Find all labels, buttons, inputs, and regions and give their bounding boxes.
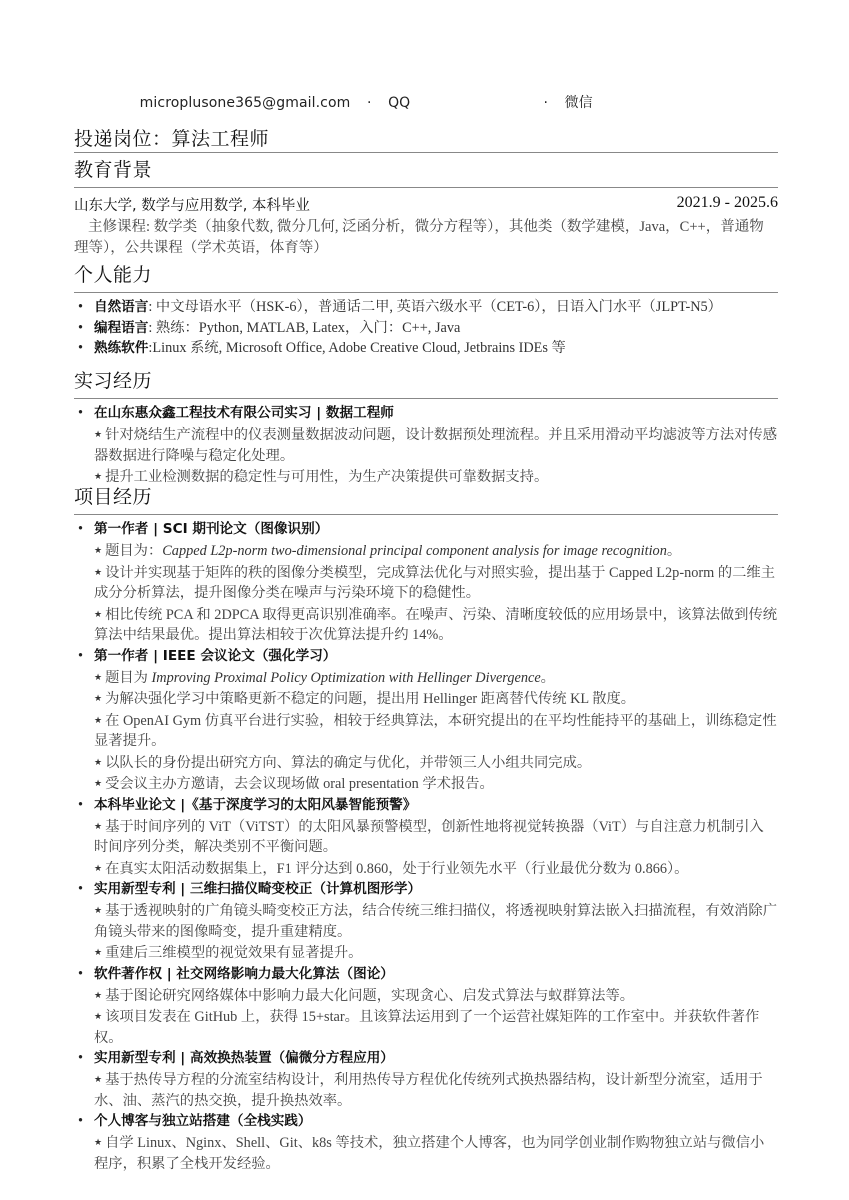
detail-text: 为解决强化学习中策略更新不稳定的问题，提出用 Hellinger 距离替代传统 … (105, 691, 635, 707)
entry-head: 实用新型专利 | 高效换热装置（偏微分方程应用） (94, 1048, 778, 1069)
project-item: 个人博客与独立站搭建（全栈实践） ★自学 Linux、Nginx、Shell、G… (74, 1111, 778, 1174)
detail-text: 该项目发表在 GitHub 上，获得 15+star。且该算法运用到了一个运营社… (94, 1009, 759, 1046)
star-icon: ★ (94, 1074, 102, 1084)
detail-text: 重建后三维模型的视觉效果有显著提升。 (105, 945, 362, 961)
project-item: 实用新型专利 | 三维扫描仪畸变校正（计算机图形学） ★基于透视映射的广角镜头畸… (74, 879, 778, 964)
detail-line: ★题目为：Capped L2p-norm two-dimensional pri… (94, 540, 778, 562)
skill-sep: : (148, 320, 156, 336)
skill-text: 中文母语水平（HSK-6），普通话二甲, 英语六级水平（CET-6），日语入门水… (156, 299, 722, 315)
internship-section: 实习经历 在山东惠众鑫工程技术有限公司实习 | 数据工程师 ★针对烧结生产流程中… (74, 368, 778, 488)
skill-text: 熟练：Python, MATLAB, Latex，入门：C++, Java (156, 320, 460, 336)
star-icon: ★ (94, 429, 102, 439)
star-icon: ★ (94, 545, 102, 555)
detail-line: ★以队长的身份提出研究方向、算法的确定与优化，并带领三人小组共同完成。 (94, 752, 778, 774)
detail-line: ★基于透视映射的广角镜头畸变校正方法，结合传统三维扫描仪，将透视映射算法嵌入扫描… (94, 900, 778, 942)
contact-line: microplusone365@gmail.com · QQ · 微信 (0, 92, 849, 112)
detail-text: 基于透视映射的广角镜头畸变校正方法，结合传统三维扫描仪，将透视映射算法嵌入扫描流… (94, 903, 777, 940)
star-icon: ★ (94, 905, 102, 915)
project-item: 实用新型专利 | 高效换热装置（偏微分方程应用） ★基于热传导方程的分流室结构设… (74, 1048, 778, 1111)
project-item: 第一作者 | IEEE 会议论文（强化学习） ★题目为 Improving Pr… (74, 646, 778, 795)
entry-head: 软件著作权 | 社交网络影响力最大化算法（图论） (94, 964, 778, 985)
detail-line: ★题目为 Improving Proximal Policy Optimizat… (94, 667, 778, 689)
detail-text: 基于时间序列的 ViT（ViTST）的太阳风暴预警模型，创新性地将视觉转换器（V… (94, 819, 764, 856)
detail-line: ★针对烧结生产流程中的仪表测量数据波动问题，设计数据预处理流程。并且采用滑动平均… (94, 424, 778, 466)
skills-list: 自然语言: 中文母语水平（HSK-6），普通话二甲, 英语六级水平（CET-6）… (74, 297, 778, 359)
detail-text: 在 OpenAI Gym 仿真平台进行实验，相较于经典算法，本研究提出的在平均性… (94, 713, 777, 750)
detail-text: 自学 Linux、Nginx、Shell、Git、k8s 等技术，独立搭建个人博… (94, 1135, 764, 1172)
detail-line: ★设计并实现基于矩阵的秩的图像分类模型，完成算法优化与对照实验，提出基于 Cap… (94, 562, 778, 604)
detail-text: 在真实太阳活动数据集上，F1 评分达到 0.860，处于行业领先水平（行业最优分… (105, 861, 688, 877)
detail-suffix: 。 (667, 543, 681, 559)
education-date: 2021.9 - 2025.6 (677, 194, 778, 215)
star-icon: ★ (94, 1137, 102, 1147)
project-item: 本科毕业论文 |《基于深度学习的太阳风暴智能预警》 ★基于时间序列的 ViT（V… (74, 795, 778, 880)
skill-item: 编程语言: 熟练：Python, MATLAB, Latex，入门：C++, J… (74, 318, 778, 339)
star-icon: ★ (94, 1011, 102, 1021)
detail-line: ★该项目发表在 GitHub 上，获得 15+star。且该算法运用到了一个运营… (94, 1006, 778, 1048)
section-title-projects: 项目经历 (74, 484, 778, 515)
detail-text: 受会议主办方邀请，去会议现场做 oral presentation 学术报告。 (105, 776, 494, 792)
courses-text: 主修课程: 数学类（抽象代数, 微分几何, 泛函分析，微分方程等），其他类（数学… (74, 217, 778, 259)
position-title: 投递岗位：算法工程师 (74, 124, 269, 151)
skill-text: Linux 系统, Microsoft Office, Adobe Creati… (152, 340, 565, 356)
star-icon: ★ (94, 821, 102, 831)
detail-line: ★在 OpenAI Gym 仿真平台进行实验，相较于经典算法，本研究提出的在平均… (94, 710, 778, 752)
email-link[interactable]: microplusone365@gmail.com (140, 95, 351, 111)
skill-item: 熟练软件:Linux 系统, Microsoft Office, Adobe C… (74, 338, 778, 359)
entry-head: 本科毕业论文 |《基于深度学习的太阳风暴智能预警》 (94, 795, 778, 816)
skill-label: 熟练软件 (94, 340, 148, 356)
detail-text: 基于图论研究网络媒体中影响力最大化问题，实现贪心、启发式算法与蚁群算法等。 (105, 988, 634, 1004)
skill-label: 自然语言 (94, 299, 148, 315)
detail-line: ★在真实太阳活动数据集上，F1 评分达到 0.860，处于行业领先水平（行业最优… (94, 858, 778, 880)
detail-text: 基于热传导方程的分流室结构设计，利用热传导方程优化传统列式换热器结构，设计新型分… (94, 1072, 763, 1109)
detail-line: ★重建后三维模型的视觉效果有显著提升。 (94, 942, 778, 964)
divider (74, 152, 778, 153)
section-title-internship: 实习经历 (74, 368, 778, 399)
separator: · (367, 95, 372, 111)
star-icon: ★ (94, 863, 102, 873)
skill-sep: : (148, 299, 156, 315)
project-item: 第一作者 | SCI 期刊论文（图像识别） ★题目为：Capped L2p-no… (74, 519, 778, 646)
paper-title: Improving Proximal Policy Optimization w… (152, 670, 541, 686)
skill-item: 自然语言: 中文母语水平（HSK-6），普通话二甲, 英语六级水平（CET-6）… (74, 297, 778, 318)
skills-section: 个人能力 自然语言: 中文母语水平（HSK-6），普通话二甲, 英语六级水平（C… (74, 262, 778, 359)
project-item: 软件著作权 | 社交网络影响力最大化算法（图论） ★基于图论研究网络媒体中影响力… (74, 964, 778, 1049)
skill-label: 编程语言 (94, 320, 148, 336)
entry-head: 实用新型专利 | 三维扫描仪畸变校正（计算机图形学） (94, 879, 778, 900)
detail-suffix: 。 (541, 670, 555, 686)
internship-item: 在山东惠众鑫工程技术有限公司实习 | 数据工程师 ★针对烧结生产流程中的仪表测量… (74, 403, 778, 488)
star-icon: ★ (94, 471, 102, 481)
qq-label: QQ (388, 95, 410, 111)
wechat-label: 微信 (565, 92, 593, 112)
star-icon: ★ (94, 567, 102, 577)
detail-line: ★基于图论研究网络媒体中影响力最大化问题，实现贪心、启发式算法与蚁群算法等。 (94, 985, 778, 1007)
section-title-education: 教育背景 (74, 157, 778, 188)
detail-line: ★受会议主办方邀请，去会议现场做 oral presentation 学术报告。 (94, 773, 778, 795)
detail-line: ★基于热传导方程的分流室结构设计，利用热传导方程优化传统列式换热器结构，设计新型… (94, 1069, 778, 1111)
star-icon: ★ (94, 672, 102, 682)
detail-text: 提升工业检测数据的稳定性与可用性，为生产决策提供可靠数据支持。 (105, 469, 548, 485)
star-icon: ★ (94, 947, 102, 957)
projects-list: 第一作者 | SCI 期刊论文（图像识别） ★题目为：Capped L2p-no… (74, 519, 778, 1174)
detail-text: 题目为 (105, 670, 151, 686)
detail-line: ★基于时间序列的 ViT（ViTST）的太阳风暴预警模型，创新性地将视觉转换器（… (94, 816, 778, 858)
education-section: 教育背景 山东大学, 数学与应用数学, 本科毕业 2021.9 - 2025.6… (74, 152, 778, 259)
detail-line: ★自学 Linux、Nginx、Shell、Git、k8s 等技术，独立搭建个人… (94, 1132, 778, 1174)
star-icon: ★ (94, 990, 102, 1000)
section-title-skills: 个人能力 (74, 262, 778, 293)
entry-head: 个人博客与独立站搭建（全栈实践） (94, 1111, 778, 1132)
star-icon: ★ (94, 609, 102, 619)
star-icon: ★ (94, 715, 102, 725)
detail-text: 以队长的身份提出研究方向、算法的确定与优化，并带领三人小组共同完成。 (105, 755, 591, 771)
detail-line: ★相比传统 PCA 和 2DPCA 取得更高识别准确率。在噪声、污染、清晰度较低… (94, 604, 778, 646)
star-icon: ★ (94, 778, 102, 788)
detail-text: 相比传统 PCA 和 2DPCA 取得更高识别准确率。在噪声、污染、清晰度较低的… (94, 607, 777, 644)
school-name: 山东大学, 数学与应用数学, 本科毕业 (74, 194, 310, 215)
paper-title: Capped L2p-norm two-dimensional principa… (162, 543, 667, 559)
entry-head: 在山东惠众鑫工程技术有限公司实习 | 数据工程师 (94, 403, 778, 424)
entry-head: 第一作者 | SCI 期刊论文（图像识别） (94, 519, 778, 540)
projects-section: 项目经历 第一作者 | SCI 期刊论文（图像识别） ★题目为：Capped L… (74, 484, 778, 1174)
internship-list: 在山东惠众鑫工程技术有限公司实习 | 数据工程师 ★针对烧结生产流程中的仪表测量… (74, 403, 778, 488)
detail-line: ★为解决强化学习中策略更新不稳定的问题，提出用 Hellinger 距离替代传统… (94, 688, 778, 710)
star-icon: ★ (94, 757, 102, 767)
separator: · (543, 95, 548, 111)
detail-text: 题目为： (105, 543, 162, 559)
education-entry: 山东大学, 数学与应用数学, 本科毕业 2021.9 - 2025.6 (74, 194, 778, 215)
entry-head: 第一作者 | IEEE 会议论文（强化学习） (94, 646, 778, 667)
detail-text: 针对烧结生产流程中的仪表测量数据波动问题，设计数据预处理流程。并且采用滑动平均滤… (94, 427, 777, 464)
detail-text: 设计并实现基于矩阵的秩的图像分类模型，完成算法优化与对照实验，提出基于 Capp… (94, 565, 775, 602)
star-icon: ★ (94, 693, 102, 703)
